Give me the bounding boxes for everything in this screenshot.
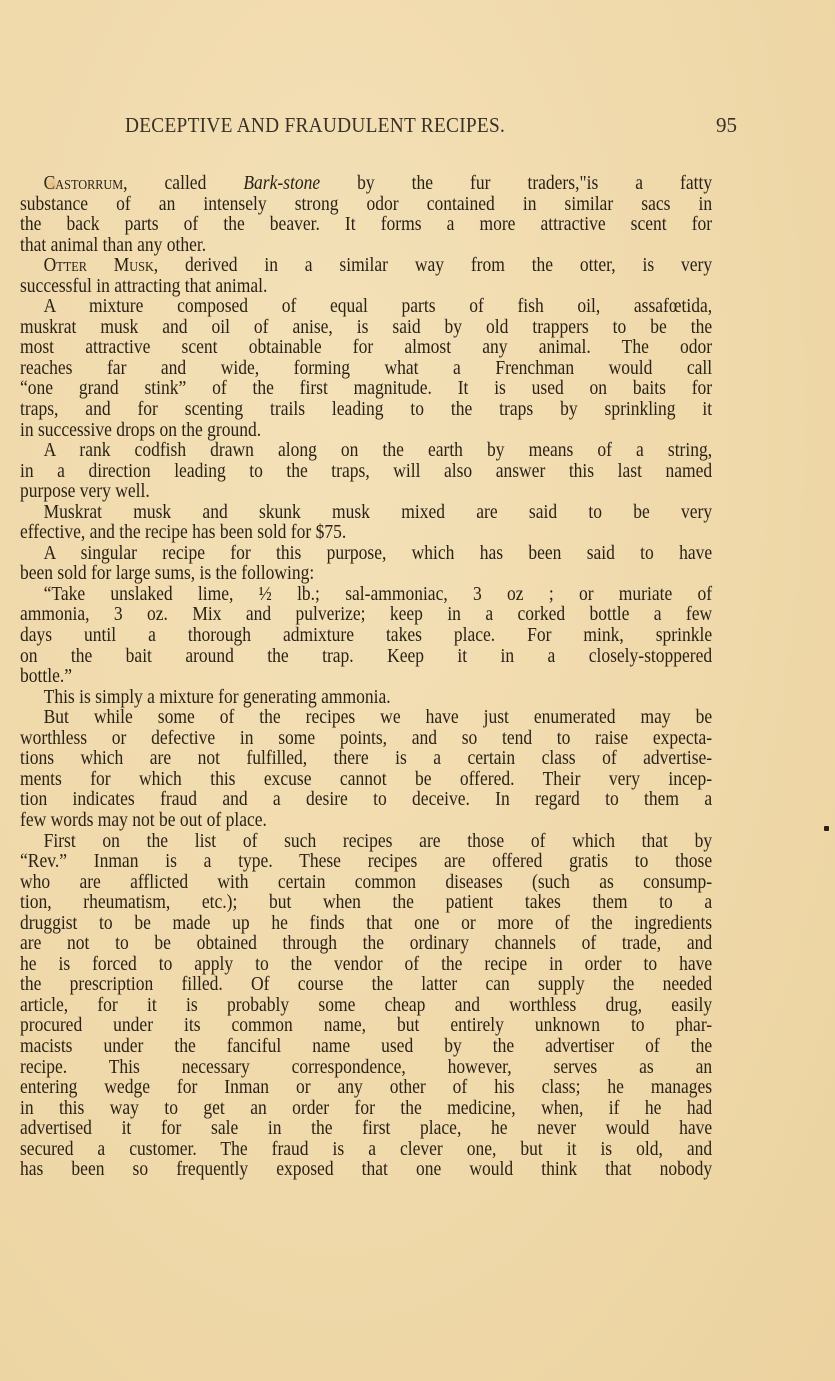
text-line: ments for which this excuse cannot be of… bbox=[20, 769, 712, 790]
text-line: advertised it for sale in the first plac… bbox=[20, 1118, 712, 1139]
text-line: Muskrat musk and skunk musk mixed are sa… bbox=[20, 502, 712, 523]
text-line: A mixture composed of equal parts of fis… bbox=[20, 296, 712, 317]
text-line: secured a customer. The fraud is a cleve… bbox=[20, 1139, 712, 1160]
text-line: successful in attracting that animal. bbox=[20, 276, 712, 297]
body-text: Castorrum, called Bark-stone by the fur … bbox=[20, 173, 712, 1180]
text-line: article, for it is probably some cheap a… bbox=[20, 995, 712, 1016]
text-line: tions which are not fulfilled, there is … bbox=[20, 748, 712, 769]
text-line: A singular recipe for this purpose, whic… bbox=[20, 543, 712, 564]
text-line: “Take unslaked lime, ½ lb.; sal-ammoniac… bbox=[20, 584, 712, 605]
text-line: druggist to be made up he finds that one… bbox=[20, 913, 712, 934]
text-line: A rank codfish drawn along on the earth … bbox=[20, 440, 712, 461]
text-line: entering wedge for Inman or any other of… bbox=[20, 1077, 712, 1098]
text-line: days until a thorough admixture takes pl… bbox=[20, 625, 712, 646]
text-line: tion indicates fraud and a desire to dec… bbox=[20, 789, 712, 810]
page-number: 95 bbox=[716, 113, 737, 138]
text-line: reaches far and wide, forming what a Fre… bbox=[20, 358, 712, 379]
text-line: Castorrum, called Bark-stone by the fur … bbox=[20, 173, 712, 194]
text-line: procured under its common name, but enti… bbox=[20, 1015, 712, 1036]
text-line: bottle.” bbox=[20, 666, 712, 687]
text-line: purpose very well. bbox=[20, 481, 712, 502]
text-line: But while some of the recipes we have ju… bbox=[20, 707, 712, 728]
running-head: DECEPTIVE AND FRAUDULENT RECIPES. bbox=[125, 113, 505, 138]
text-line: ammonia, 3 oz. Mix and pulverize; keep i… bbox=[20, 604, 712, 625]
text-line: “one grand stink” of the first magnitude… bbox=[20, 378, 712, 399]
text-line: “Rev.” Inman is a type. These recipes ar… bbox=[20, 851, 712, 872]
paper-stain bbox=[44, 176, 60, 192]
text-line: are not to be obtained through the ordin… bbox=[20, 933, 712, 954]
italic-term: Bark-stone bbox=[243, 172, 320, 194]
paper-speck bbox=[824, 826, 829, 831]
text-line: traps, and for scenting trails leading t… bbox=[20, 399, 712, 420]
text-line: effective, and the recipe has been sold … bbox=[20, 522, 712, 543]
text-line: that animal than any other. bbox=[20, 235, 712, 256]
text-line: substance of an intensely strong odor co… bbox=[20, 194, 712, 215]
text-line: few words may not be out of place. bbox=[20, 810, 712, 831]
text-line: muskrat musk and oil of anise, is said b… bbox=[20, 317, 712, 338]
text-line: Otter Musk, derived in a similar way fro… bbox=[20, 255, 712, 276]
text-line: First on the list of such recipes are th… bbox=[20, 831, 712, 852]
text-line: recipe. This necessary correspondence, h… bbox=[20, 1057, 712, 1078]
text-line: has been so frequently exposed that one … bbox=[20, 1159, 712, 1180]
page-header: DECEPTIVE AND FRAUDULENT RECIPES. 95 bbox=[0, 113, 835, 141]
small-caps-term: Otter Musk bbox=[44, 254, 154, 276]
text-line: the prescription filled. Of course the l… bbox=[20, 974, 712, 995]
text-line: in successive drops on the ground. bbox=[20, 420, 712, 441]
text-line: This is simply a mixture for generating … bbox=[20, 687, 712, 708]
text-line: in this way to get an order for the medi… bbox=[20, 1098, 712, 1119]
text-line: been sold for large sums, is the followi… bbox=[20, 563, 712, 584]
text-line: he is forced to apply to the vendor of t… bbox=[20, 954, 712, 975]
text-line: in a direction leading to the traps, wil… bbox=[20, 461, 712, 482]
text-line: tion, rheumatism, etc.); but when the pa… bbox=[20, 892, 712, 913]
text-line: macists under the fanciful name used by … bbox=[20, 1036, 712, 1057]
text-line: on the bait around the trap. Keep it in … bbox=[20, 646, 712, 667]
text-line: worthless or defective in some points, a… bbox=[20, 728, 712, 749]
text-line: most attractive scent obtainable for alm… bbox=[20, 337, 712, 358]
text-line: the back parts of the beaver. It forms a… bbox=[20, 214, 712, 235]
text-line: who are afflicted with certain common di… bbox=[20, 872, 712, 893]
